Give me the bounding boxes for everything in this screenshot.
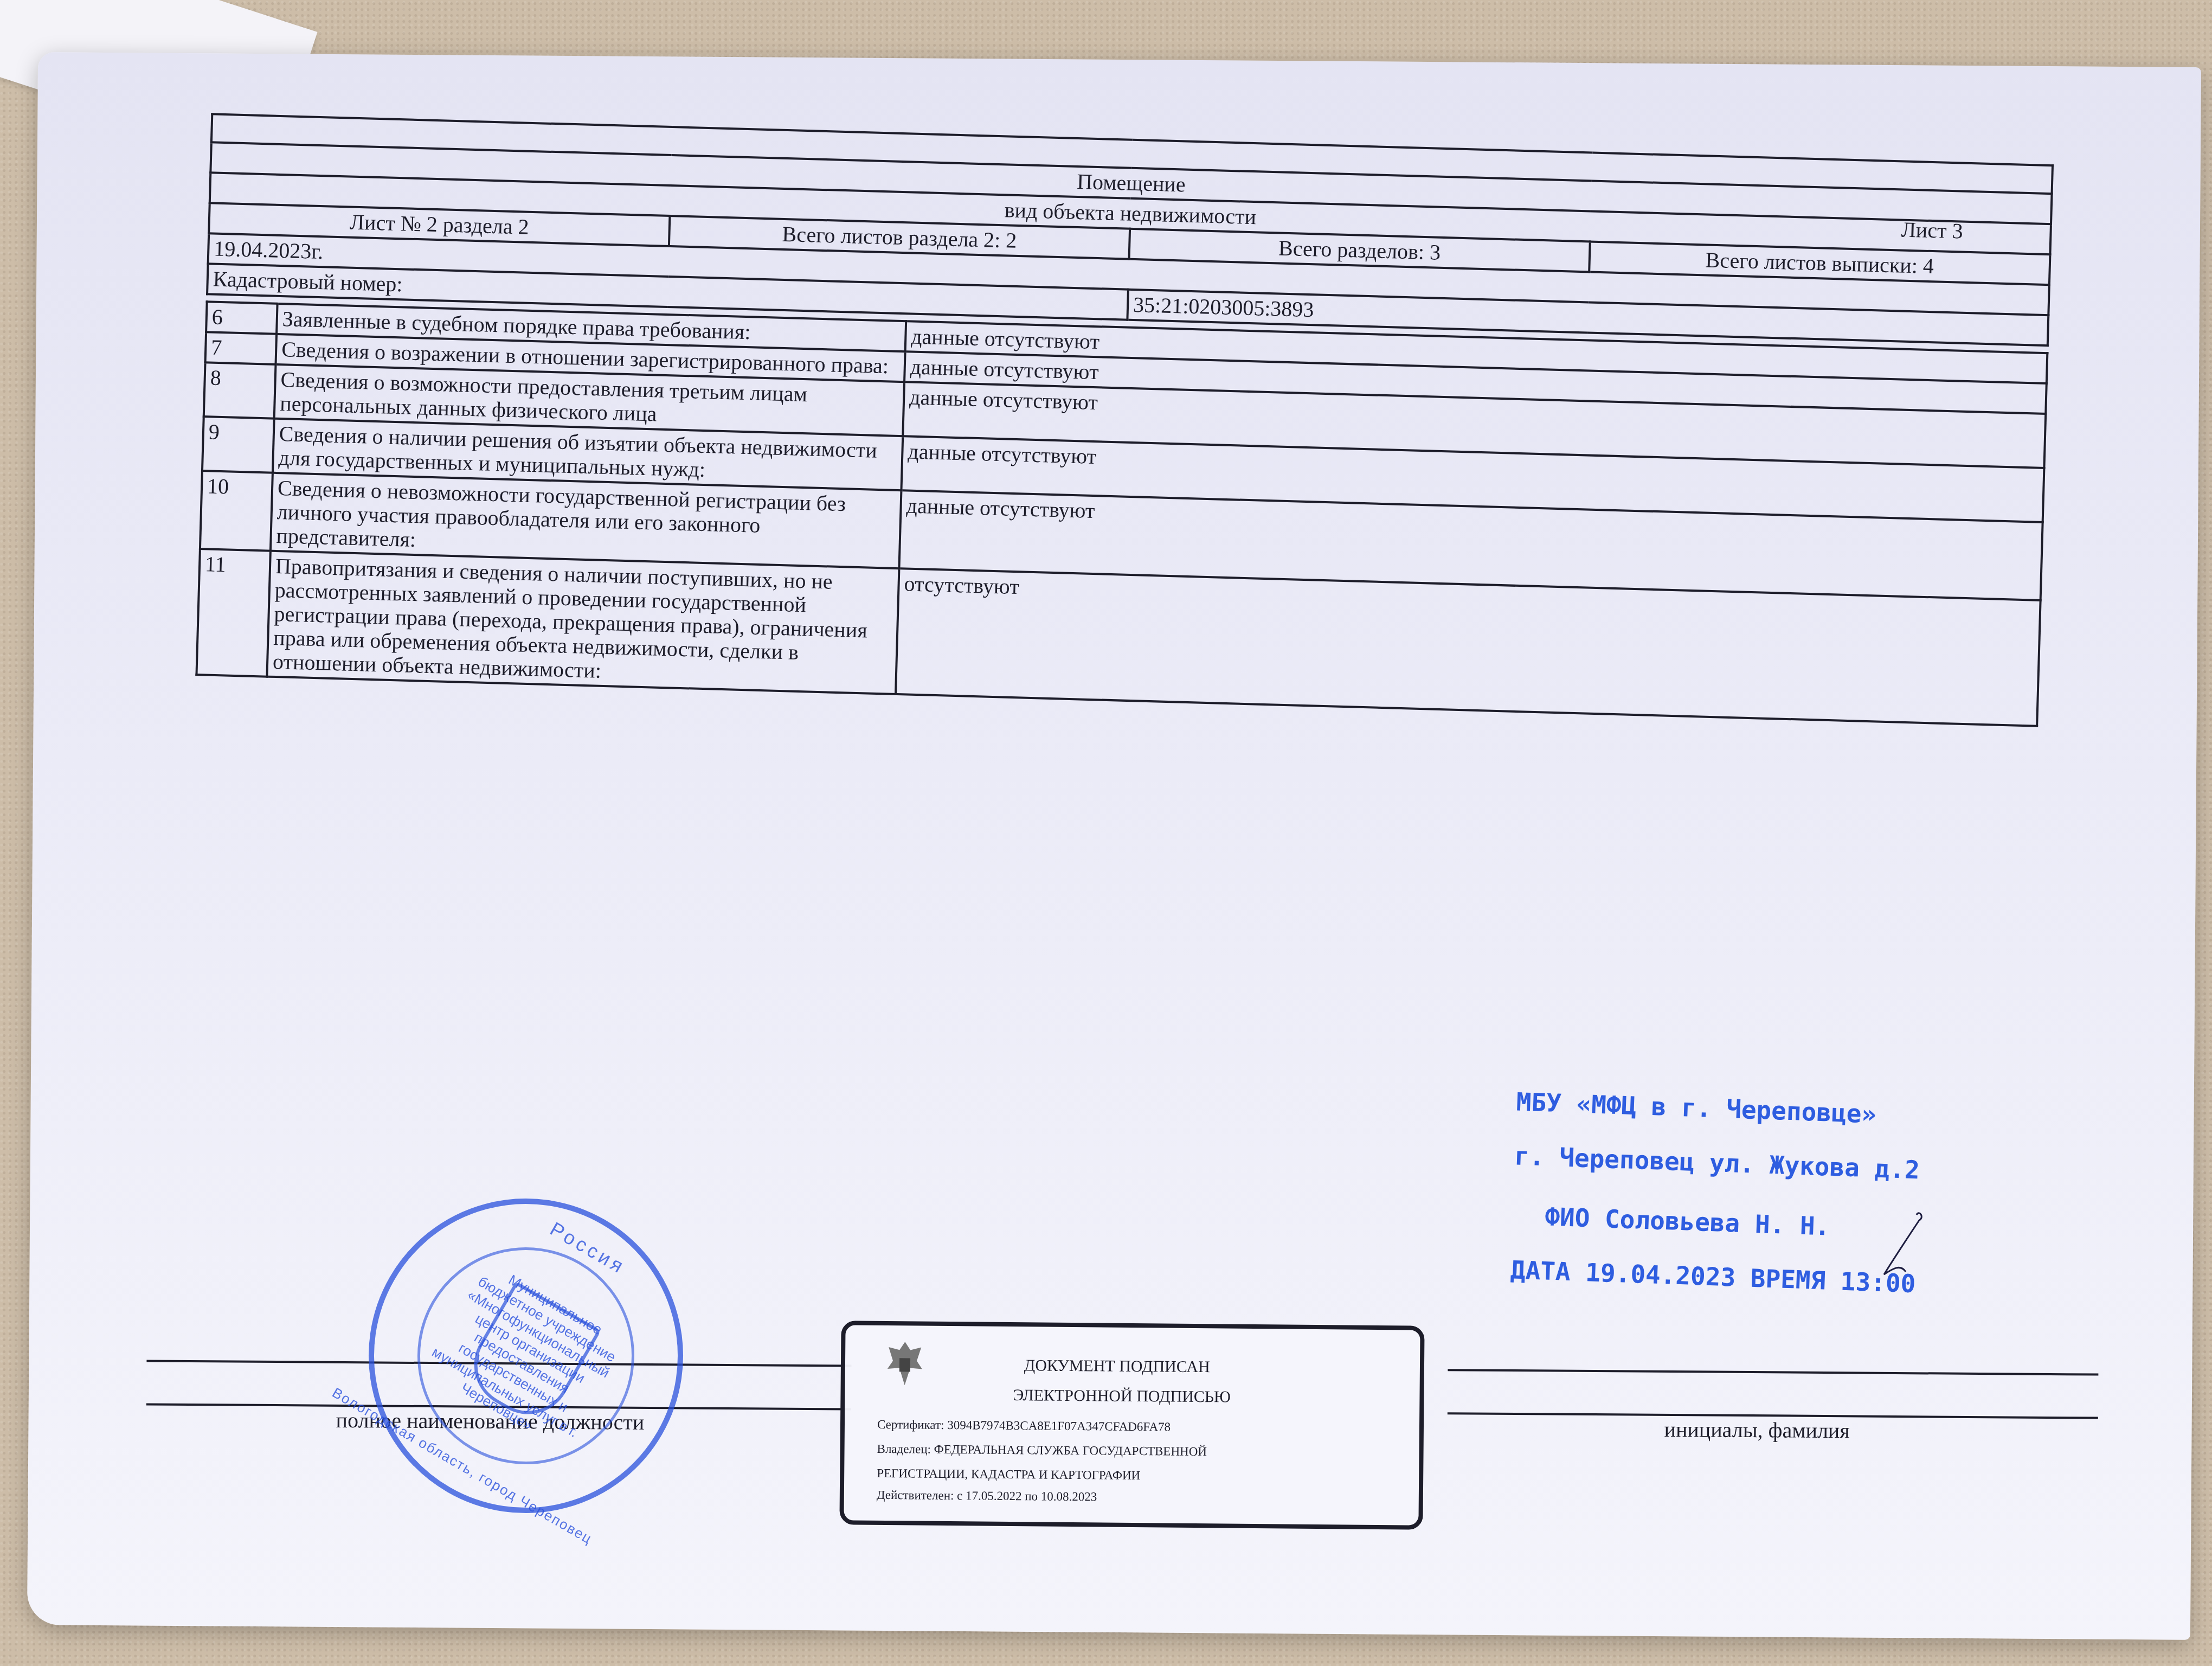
handwritten-signature xyxy=(1865,1209,1925,1280)
esign-title-line1: ДОКУМЕНТ ПОДПИСАН xyxy=(1024,1356,1210,1376)
records-table: 6 Заявленные в судебном порядке права тр… xyxy=(195,300,2048,727)
owner-line2: РЕГИСТРАЦИИ, КАДАСТРА И КАРТОГРАФИИ xyxy=(877,1466,1140,1483)
stamp-line-datetime: ДАТА 19.04.2023 ВРЕМЯ 13:00 xyxy=(1510,1255,1916,1298)
name-caption: инициалы, фамилия xyxy=(1664,1417,1849,1443)
row-label: Правопритязания и сведения о наличии пос… xyxy=(267,551,899,694)
mfc-stamp: МБУ «МФЦ в г. Череповце» г. Череповец ул… xyxy=(1509,1087,2004,1337)
owner-line1: Владелец: ФЕДЕРАЛЬНАЯ СЛУЖБА ГОСУДАРСТВЕ… xyxy=(877,1442,1207,1459)
extract-table: Помещение Лист 3 вид объекта недвижимост… xyxy=(195,113,2054,727)
row-number: 8 xyxy=(204,362,276,419)
stamp-line-address: г. Череповец ул. Жукова д.2 xyxy=(1514,1141,1920,1184)
row-number: 9 xyxy=(202,416,274,473)
electronic-signature-block: ДОКУМЕНТ ПОДПИСАН ЭЛЕКТРОННОЙ ПОДПИСЬЮ С… xyxy=(839,1321,1424,1529)
esign-title-line2: ЭЛЕКТРОННОЙ ПОДПИСЬЮ xyxy=(1013,1386,1231,1407)
row-number: 11 xyxy=(196,549,270,677)
double-headed-eagle-icon xyxy=(883,1336,927,1391)
object-type: Помещение xyxy=(1077,169,1186,197)
stamp-line-name: ФИО Соловьева Н. Н. xyxy=(1545,1202,1831,1241)
certificate-number: Сертификат: 3094B7974B3CA8E1F07A347CFAD6… xyxy=(877,1418,1171,1434)
sheet-number: Лист 3 xyxy=(1901,217,1963,243)
validity-period: Действителен: с 17.05.2022 по 10.08.2023 xyxy=(877,1488,1097,1504)
row-number: 10 xyxy=(200,471,273,551)
row-number: 6 xyxy=(206,302,278,334)
row-number: 7 xyxy=(205,332,277,364)
